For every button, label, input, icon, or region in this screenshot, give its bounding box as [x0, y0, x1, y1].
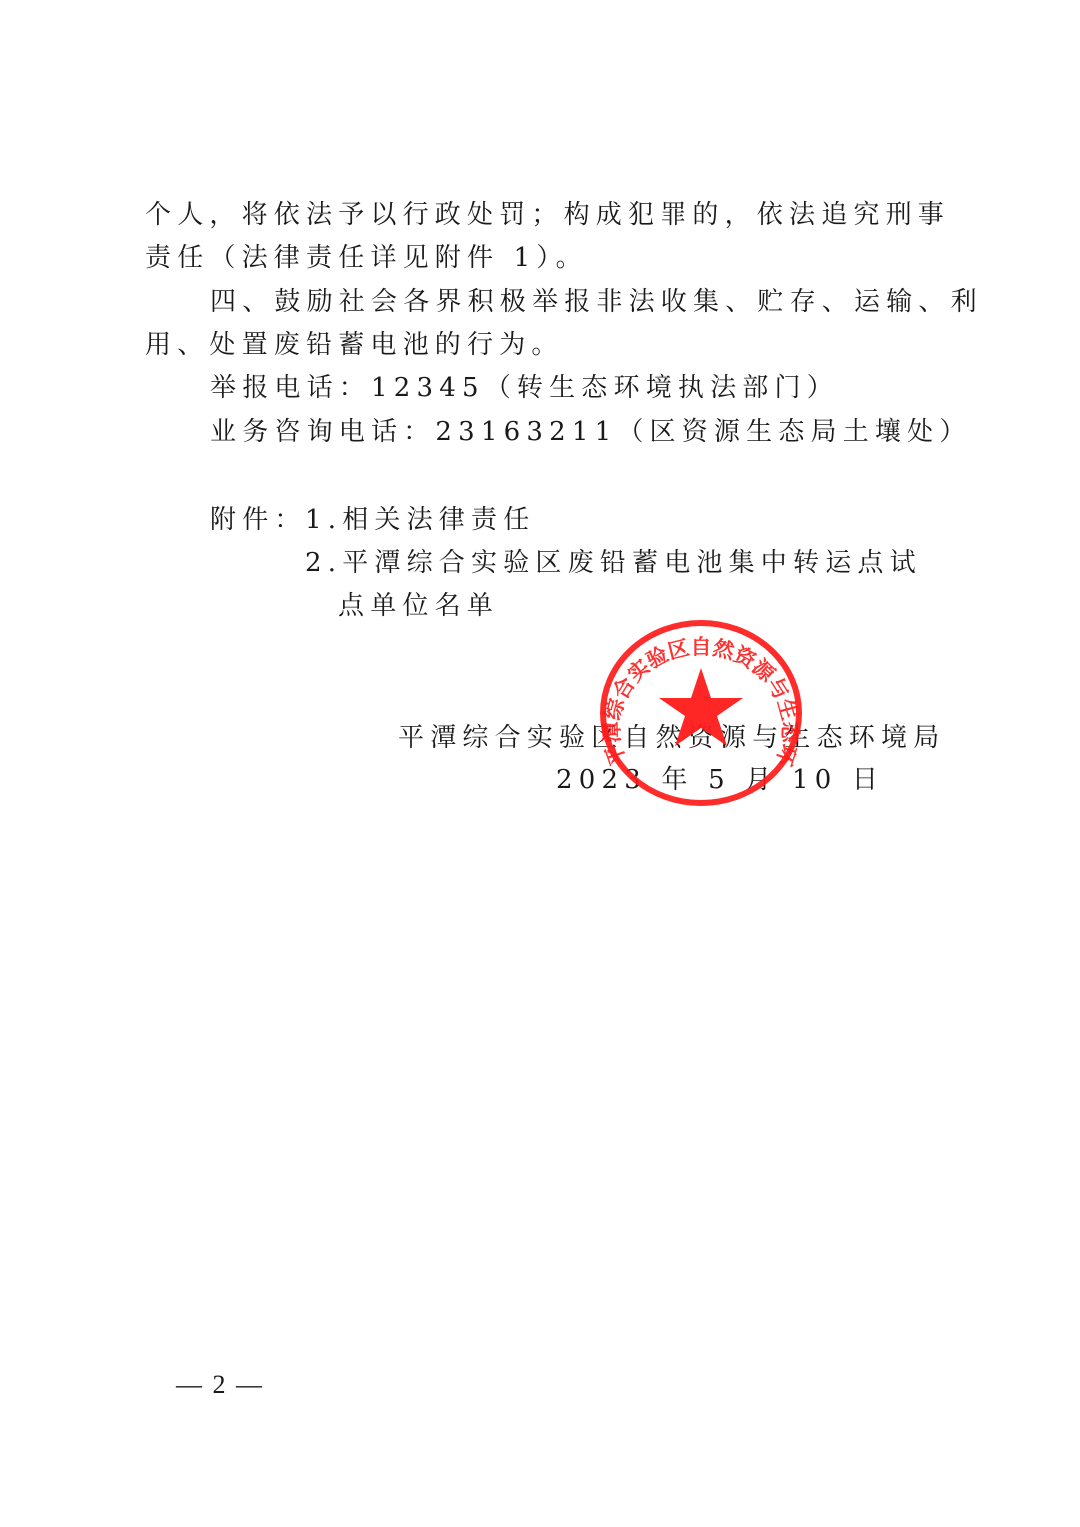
- issue-date: 2023 年 5 月 10 日: [556, 763, 884, 797]
- paragraph-line: 责任（法律责任详见附件 1）。: [145, 241, 588, 275]
- attachment-item-2-cont: 点单位名单: [338, 589, 499, 623]
- paragraph-line: 四、鼓励社会各界积极举报非法收集、贮存、运输、利: [210, 285, 983, 319]
- paragraph-line: 用、处置废铅蓄电池的行为。: [145, 328, 564, 362]
- paragraph-line: 个人，将依法予以行政处罚；构成犯罪的，依法追究刑事: [145, 198, 950, 232]
- page-number: — 2 —: [176, 1370, 264, 1400]
- issuer-name: 平潭综合实验区自然资源与生态环境局: [398, 721, 945, 755]
- report-phone-line: 举报电话：12345（转生态环境执法部门）: [210, 371, 839, 405]
- attachment-item-2: 2.平潭综合实验区废铅蓄电池集中转运点试: [305, 546, 922, 580]
- consult-phone-line: 业务咨询电话：23163211（区资源生态局土壤处）: [210, 415, 972, 449]
- attachments-label: 附件：: [210, 503, 307, 537]
- attachment-item-1: 1.相关法律责任: [305, 503, 535, 537]
